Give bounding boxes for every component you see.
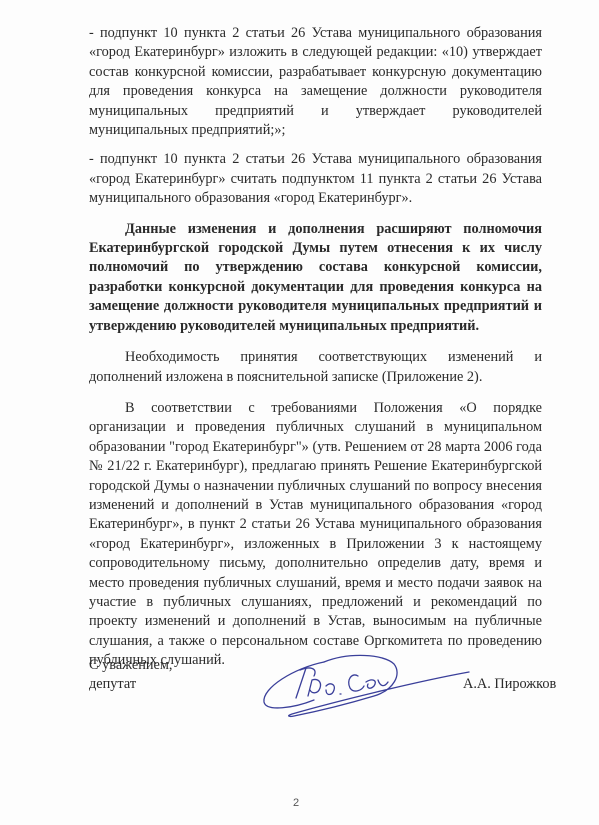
amendment-paragraph-1: - подпункт 10 пункта 2 статьи 26 Устава … — [89, 24, 542, 140]
closing-left: С уважением, депутат — [89, 656, 172, 695]
signatory-name: А.А. Пирожков — [463, 675, 556, 694]
salutation: С уважением, — [89, 656, 172, 675]
amendment-paragraph-2: - подпункт 10 пункта 2 статьи 26 Устава … — [89, 150, 542, 208]
summary-paragraph: Данные изменения и дополнения расширяют … — [89, 220, 542, 336]
page-number: 2 — [293, 797, 299, 809]
proposal-paragraph: В соответствии с требованиями Положения … — [89, 399, 542, 671]
document-page: - подпункт 10 пункта 2 статьи 26 Устава … — [89, 24, 542, 681]
position-title: депутат — [89, 675, 172, 694]
necessity-paragraph: Необходимость принятия соответствующих и… — [89, 348, 542, 387]
